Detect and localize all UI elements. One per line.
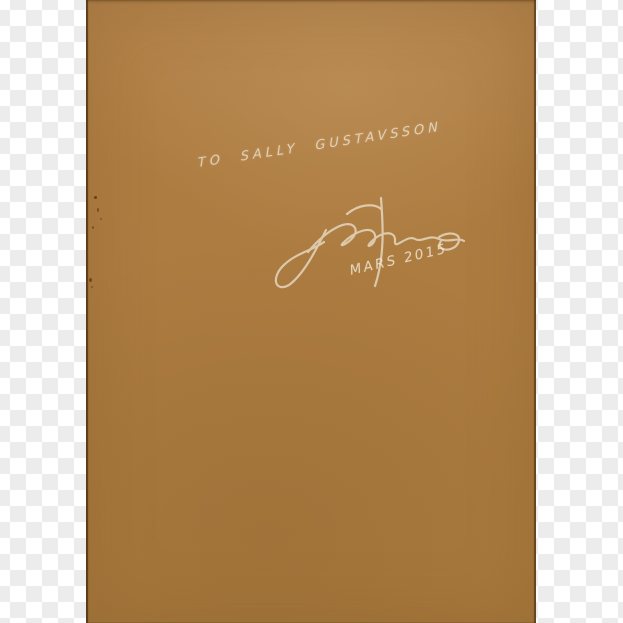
kraft-paper-cover: To Sally Gustavsson MARS 2015: [86, 0, 536, 623]
ink-speck: [100, 218, 102, 220]
ink-speck: [92, 226, 94, 229]
ink-speck: [89, 278, 92, 282]
ink-speck: [94, 196, 97, 199]
transparent-checkerboard-canvas: To Sally Gustavsson MARS 2015: [0, 0, 623, 623]
ink-speck: [97, 208, 99, 212]
handwritten-dedication: To Sally Gustavsson: [198, 116, 466, 171]
paper-left-edge: [86, 0, 88, 623]
paper-right-edge: [534, 0, 536, 623]
ink-speck: [91, 286, 93, 288]
